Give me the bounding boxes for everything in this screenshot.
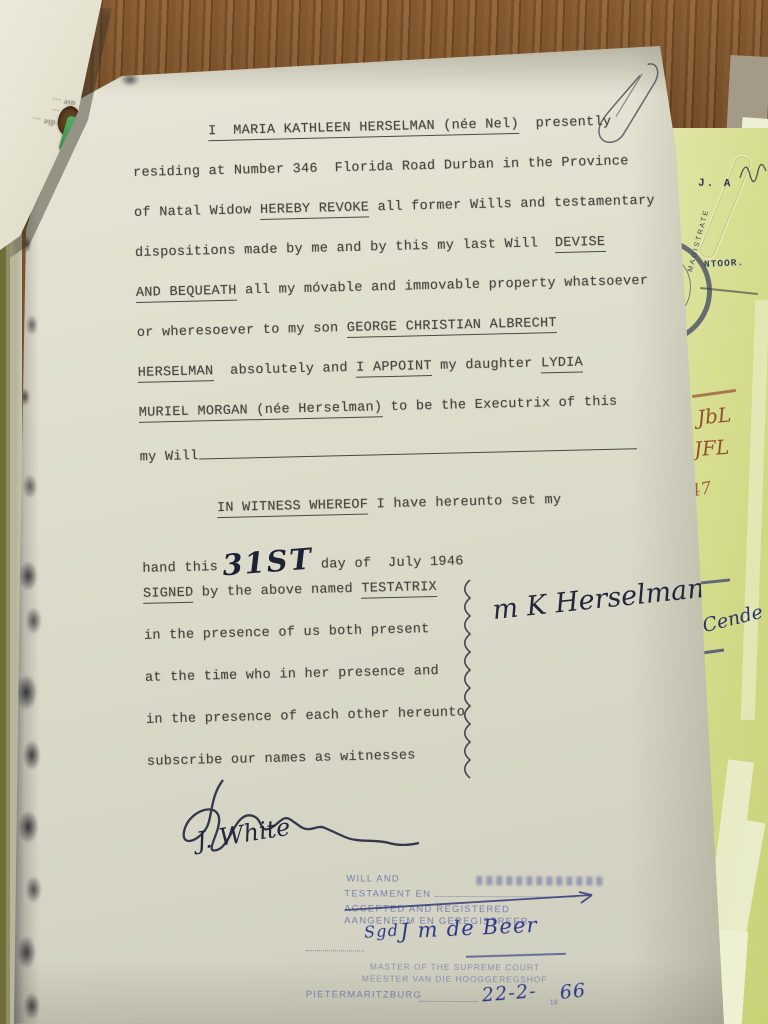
typed-segment: LYDIA <box>541 355 583 373</box>
kantoor-stamp-fragment: NTOOR. <box>704 257 745 270</box>
typed-segment: I have hereunto set my <box>368 493 562 513</box>
cursive-squiggle-mark <box>738 148 768 188</box>
typed-segment: hand this <box>142 560 218 577</box>
side-paper-typed-label: J. A <box>698 178 733 191</box>
pen-arrow <box>340 882 620 917</box>
typed-segment: AND BEQUEATH <box>136 284 237 303</box>
typed-segment: absolutely and <box>213 361 356 379</box>
stamp-date-year: 66 <box>559 979 588 1004</box>
typed-segment: SIGNED <box>143 586 194 604</box>
typed-segment: TESTATRIX <box>361 580 437 599</box>
typed-segment: DEVISE <box>555 235 606 253</box>
signature-underline <box>466 953 566 958</box>
stamp-place: PIETERMARITZBURG <box>306 989 422 1001</box>
typed-segment: my Will <box>140 449 199 465</box>
master-signature: J m de Beer <box>400 913 539 943</box>
typed-segment: my daughter <box>432 356 542 374</box>
sgd-abbreviation: Sgd <box>363 920 399 941</box>
typed-segment: of Natal Widow <box>134 203 260 221</box>
typed-text: I MARIA KATHLEEN HERSELMAN (née Nel) pre… <box>132 113 688 797</box>
typed-segment: HEREBY REVOKE <box>260 200 370 220</box>
handwritten-day: 31ST <box>221 542 314 583</box>
photograph-of-will: J. A NTOOR. MAGISTRATE JbL JFL 47 Cende … <box>0 0 768 1024</box>
stamp-line-master: MASTER OF THE SUPREME COURT <box>370 962 540 973</box>
red-margin-note-2: JFL <box>693 435 730 461</box>
will-document-page: I MARIA KATHLEEN HERSELMAN (née Nel) pre… <box>0 0 768 1024</box>
stamp-date-century: 19 <box>550 999 558 1006</box>
dotted-leader <box>306 949 364 951</box>
typed-segment: day of July 1946 <box>321 554 464 572</box>
typed-segment: IN WITNESS WHEREOF <box>217 498 369 519</box>
typed-segment: presently <box>519 115 612 132</box>
typed-segment: I MARIA KATHLEEN HERSELMAN (née Nel) <box>208 117 519 141</box>
stamp-date-day-month: 22-2- <box>481 980 538 1006</box>
dotted-leader <box>420 1000 478 1002</box>
attestation-brace <box>460 580 480 782</box>
typed-segment: by the above named <box>193 582 361 601</box>
typed-segment: HERSELMAN <box>138 364 214 383</box>
red-margin-note-1: JbL <box>696 402 732 429</box>
typed-segment: I APPOINT <box>356 359 432 378</box>
typed-segment: GEORGE CHRISTIAN ALBRECHT <box>347 316 557 338</box>
